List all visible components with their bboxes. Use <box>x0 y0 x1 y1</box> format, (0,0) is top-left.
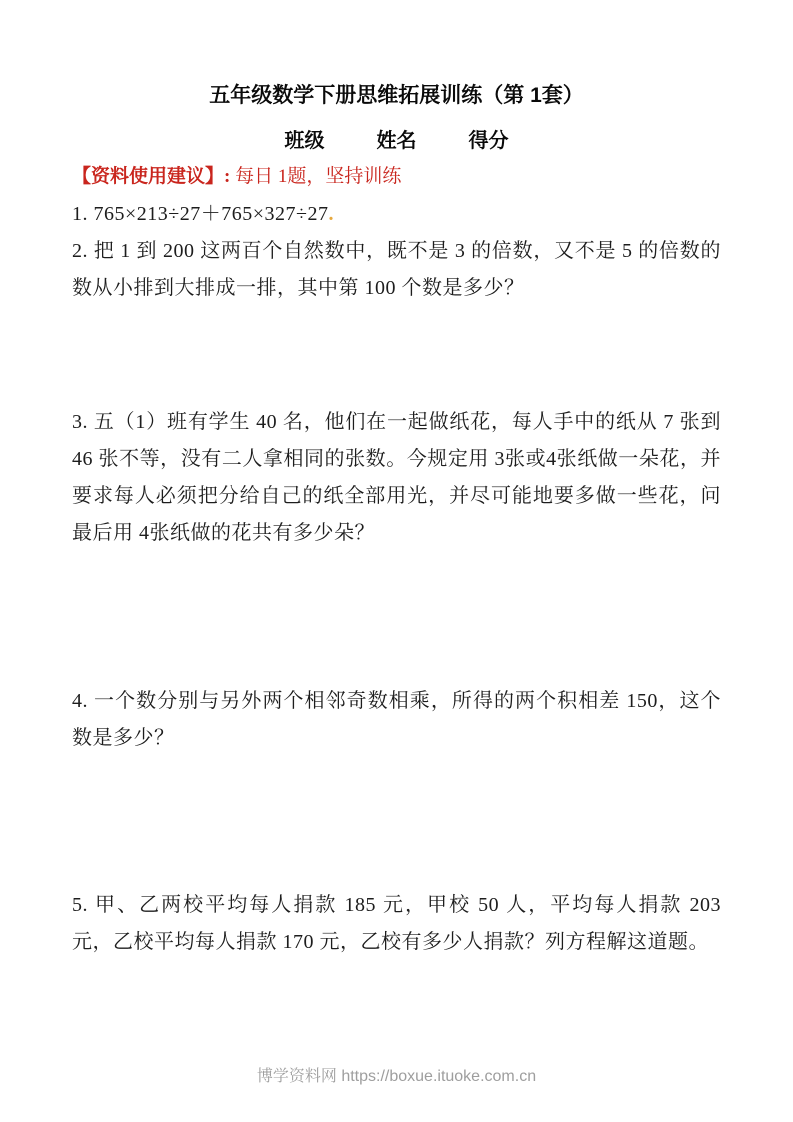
name-field-label: 姓名 <box>377 127 417 155</box>
problem-1-text: 1. 765×213÷27＋765×327÷27 <box>72 203 329 225</box>
problem-2-text: 2. 把 1 到 200 这两百个自然数中，既不是 3 的倍数，又不是 5 的倍… <box>72 240 721 299</box>
advice-text: 每日 1题，坚持训练 <box>230 166 401 187</box>
problem-5: 5. 甲、乙两校平均每人捐款 185 元，甲校 50 人，平均每人捐款 203 … <box>72 887 721 961</box>
problem-4-text: 4. 一个数分别与另外两个相邻奇数相乘，所得的两个积相差 150，这个数是多少？ <box>72 690 721 749</box>
problem-1-tail-dot: . <box>329 203 335 225</box>
problem-3-text: 3. 五（1）班有学生 40 名，他们在一起做纸花，每人手中的纸从 7 张到 4… <box>72 411 721 544</box>
problem-2: 2. 把 1 到 200 这两百个自然数中，既不是 3 的倍数，又不是 5 的倍… <box>72 233 721 307</box>
advice-label: 【资料使用建议】: <box>72 166 230 187</box>
problem-4: 4. 一个数分别与另外两个相邻奇数相乘，所得的两个积相差 150，这个数是多少？ <box>72 683 721 757</box>
document-title: 五年级数学下册思维拓展训练（第 1套） <box>72 82 721 110</box>
usage-advice-line: 【资料使用建议】: 每日 1题，坚持训练 <box>72 163 721 191</box>
problem-3: 3. 五（1）班有学生 40 名，他们在一起做纸花，每人手中的纸从 7 张到 4… <box>72 404 721 552</box>
header-fields-row: 班级 姓名 得分 <box>72 127 721 155</box>
worksheet-content: 五年级数学下册思维拓展训练（第 1套） 班级 姓名 得分 【资料使用建议】: 每… <box>0 0 793 961</box>
problem-5-text: 5. 甲、乙两校平均每人捐款 185 元，甲校 50 人，平均每人捐款 203 … <box>72 894 721 953</box>
score-field-label: 得分 <box>469 127 509 155</box>
worksheet-page: 五年级数学下册思维拓展训练（第 1套） 班级 姓名 得分 【资料使用建议】: 每… <box>0 0 793 1122</box>
problem-list: 1. 765×213÷27＋765×327÷27. 2. 把 1 到 200 这… <box>72 196 721 961</box>
footer-watermark: 博学资料网 https://boxue.ituoke.com.cn <box>0 1064 793 1090</box>
class-field-label: 班级 <box>285 127 325 155</box>
problem-1: 1. 765×213÷27＋765×327÷27. <box>72 196 721 233</box>
